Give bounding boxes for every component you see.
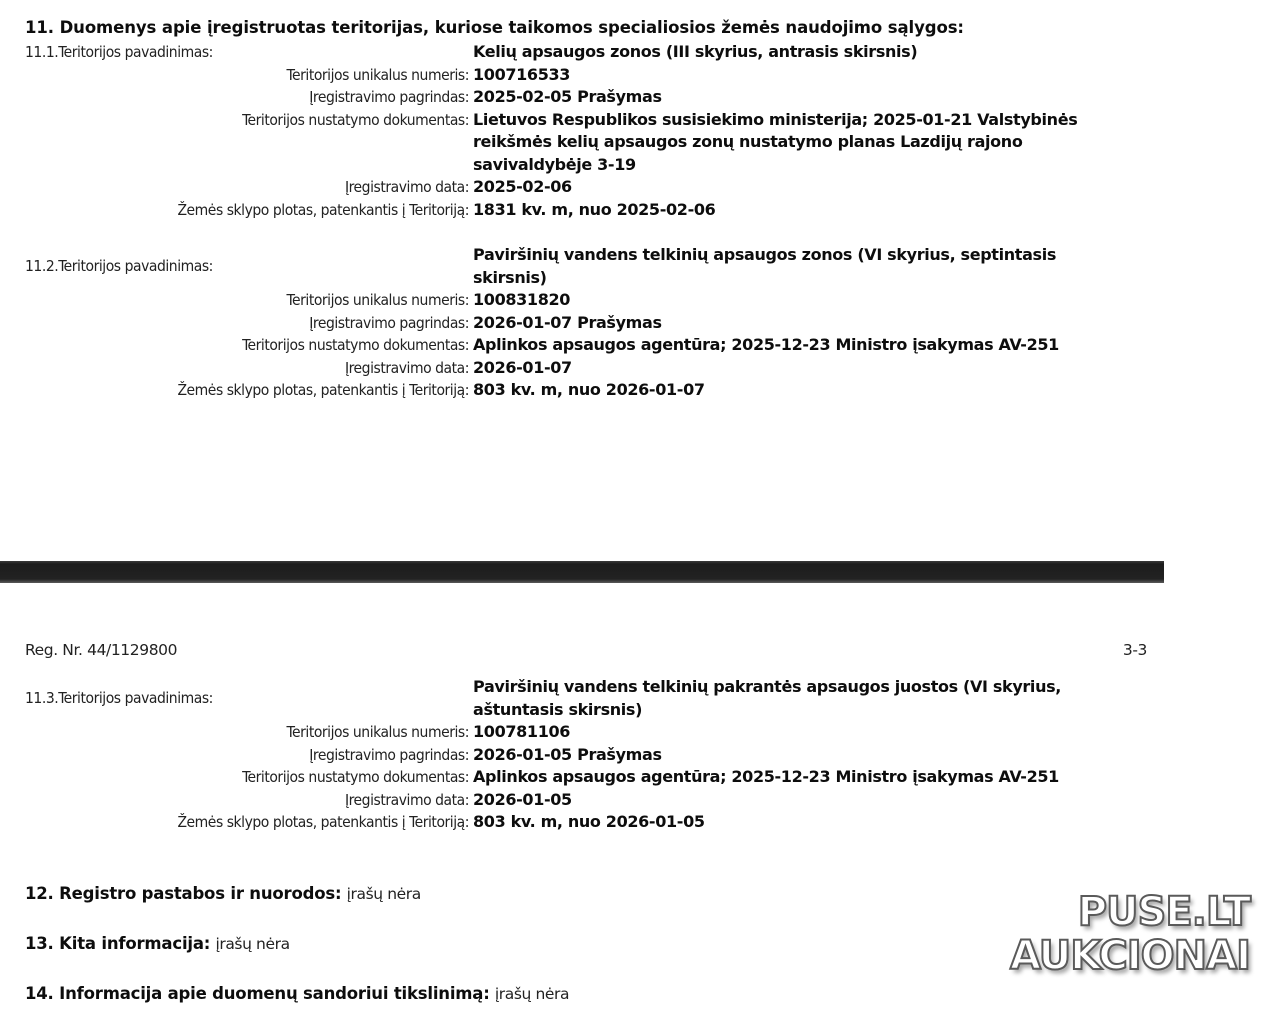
section-12: 12. Registro pastabos ir nuorodos: įrašų… [25, 884, 421, 903]
unique-number-value: 100716533 [473, 64, 1133, 87]
unique-number-row: Teritorijos unikalus numeris: 100781106 [0, 721, 1280, 744]
territory-name-value: Paviršinių vandens telkinių pakrantės ap… [473, 676, 1133, 721]
territory-name-label: 11.1.Teritorijos pavadinimas: [0, 41, 469, 64]
unique-number-row: Teritorijos unikalus numeris: 100831820 [0, 289, 1280, 312]
watermark-line-2: AUKCIONAI [1010, 934, 1250, 978]
establishing-document-label: Teritorijos nustatymo dokumentas: [0, 109, 469, 132]
registration-basis-label: Įregistravimo pagrindas: [0, 744, 469, 767]
registration-date-value: 2025-02-06 [473, 176, 1133, 199]
territory-name-row: 11.2.Teritorijos pavadinimas: Paviršinių… [0, 244, 1280, 289]
territory-name-row: 11.3.Teritorijos pavadinimas: Paviršinių… [0, 676, 1280, 721]
unique-number-label: Teritorijos unikalus numeris: [0, 721, 469, 744]
watermark: PUSE.LT AUKCIONAI [1010, 890, 1250, 978]
establishing-document-row: Teritorijos nustatymo dokumentas: Lietuv… [0, 109, 1280, 177]
registration-basis-row: Įregistravimo pagrindas: 2026-01-05 Praš… [0, 744, 1280, 767]
registration-basis-label: Įregistravimo pagrindas: [0, 86, 469, 109]
registration-date-label: Įregistravimo data: [0, 789, 469, 812]
watermark-line-1: PUSE.LT [1010, 890, 1250, 934]
plot-area-row: Žemės sklypo plotas, patenkantis į Terit… [0, 379, 1280, 402]
plot-area-value: 1831 kv. m, nuo 2025-02-06 [473, 199, 1133, 222]
territory-name-label: 11.3.Teritorijos pavadinimas: [0, 676, 469, 710]
section-14: 14. Informacija apie duomenų sandoriui t… [25, 984, 569, 1003]
section-13-label: 13. Kita informacija: [25, 934, 210, 953]
territory-11-2: 11.2.Teritorijos pavadinimas: Paviršinių… [0, 244, 1280, 402]
establishing-document-row: Teritorijos nustatymo dokumentas: Aplink… [0, 766, 1280, 789]
registration-number: Reg. Nr. 44/1129800 [25, 641, 177, 659]
registration-date-label: Įregistravimo data: [0, 357, 469, 380]
registration-basis-value: 2025-02-05 Prašymas [473, 86, 1133, 109]
unique-number-row: Teritorijos unikalus numeris: 100716533 [0, 64, 1280, 87]
registration-date-label: Įregistravimo data: [0, 176, 469, 199]
plot-area-row: Žemės sklypo plotas, patenkantis į Terit… [0, 811, 1280, 834]
plot-area-label: Žemės sklypo plotas, patenkantis į Terit… [0, 811, 469, 834]
unique-number-value: 100781106 [473, 721, 1133, 744]
establishing-document-value: Lietuvos Respublikos susisiekimo ministe… [473, 109, 1133, 177]
section-14-label: 14. Informacija apie duomenų sandoriui t… [25, 984, 490, 1003]
territory-name-value: Paviršinių vandens telkinių apsaugos zon… [473, 244, 1133, 289]
plot-area-value: 803 kv. m, nuo 2026-01-07 [473, 379, 1133, 402]
unique-number-label: Teritorijos unikalus numeris: [0, 64, 469, 87]
unique-number-value: 100831820 [473, 289, 1133, 312]
territory-name-row: 11.1.Teritorijos pavadinimas: Kelių apsa… [0, 41, 1280, 64]
registration-date-value: 2026-01-07 [473, 357, 1133, 380]
section-13: 13. Kita informacija: įrašų nėra [25, 934, 290, 953]
plot-area-row: Žemės sklypo plotas, patenkantis į Terit… [0, 199, 1280, 222]
page-break-bar [0, 561, 1164, 583]
page-number: 3-3 [1123, 641, 1147, 659]
registration-basis-value: 2026-01-07 Prašymas [473, 312, 1133, 335]
registration-basis-row: Įregistravimo pagrindas: 2025-02-05 Praš… [0, 86, 1280, 109]
territory-11-3: 11.3.Teritorijos pavadinimas: Paviršinių… [0, 676, 1280, 834]
section-12-label: 12. Registro pastabos ir nuorodos: [25, 884, 341, 903]
territory-name-label: 11.2.Teritorijos pavadinimas: [0, 244, 469, 278]
section-12-value: įrašų nėra [347, 885, 421, 903]
registration-date-row: Įregistravimo data: 2025-02-06 [0, 176, 1280, 199]
plot-area-value: 803 kv. m, nuo 2026-01-05 [473, 811, 1133, 834]
registration-date-row: Įregistravimo data: 2026-01-07 [0, 357, 1280, 380]
registration-basis-row: Įregistravimo pagrindas: 2026-01-07 Praš… [0, 312, 1280, 335]
section-11-heading: 11. Duomenys apie įregistruotas teritori… [25, 18, 964, 37]
establishing-document-row: Teritorijos nustatymo dokumentas: Aplink… [0, 334, 1280, 357]
registration-date-value: 2026-01-05 [473, 789, 1133, 812]
registration-date-row: Įregistravimo data: 2026-01-05 [0, 789, 1280, 812]
registration-basis-label: Įregistravimo pagrindas: [0, 312, 469, 335]
page-header: Reg. Nr. 44/1129800 3-3 [25, 641, 1147, 659]
unique-number-label: Teritorijos unikalus numeris: [0, 289, 469, 312]
section-14-value: įrašų nėra [495, 985, 569, 1003]
establishing-document-value: Aplinkos apsaugos agentūra; 2025-12-23 M… [473, 334, 1133, 357]
territory-name-value: Kelių apsaugos zonos (III skyrius, antra… [473, 41, 1133, 64]
territory-11-1: 11.1.Teritorijos pavadinimas: Kelių apsa… [0, 41, 1280, 221]
registration-basis-value: 2026-01-05 Prašymas [473, 744, 1133, 767]
establishing-document-label: Teritorijos nustatymo dokumentas: [0, 334, 469, 357]
section-13-value: įrašų nėra [215, 935, 289, 953]
plot-area-label: Žemės sklypo plotas, patenkantis į Terit… [0, 199, 469, 222]
establishing-document-value: Aplinkos apsaugos agentūra; 2025-12-23 M… [473, 766, 1133, 789]
plot-area-label: Žemės sklypo plotas, patenkantis į Terit… [0, 379, 469, 402]
establishing-document-label: Teritorijos nustatymo dokumentas: [0, 766, 469, 789]
